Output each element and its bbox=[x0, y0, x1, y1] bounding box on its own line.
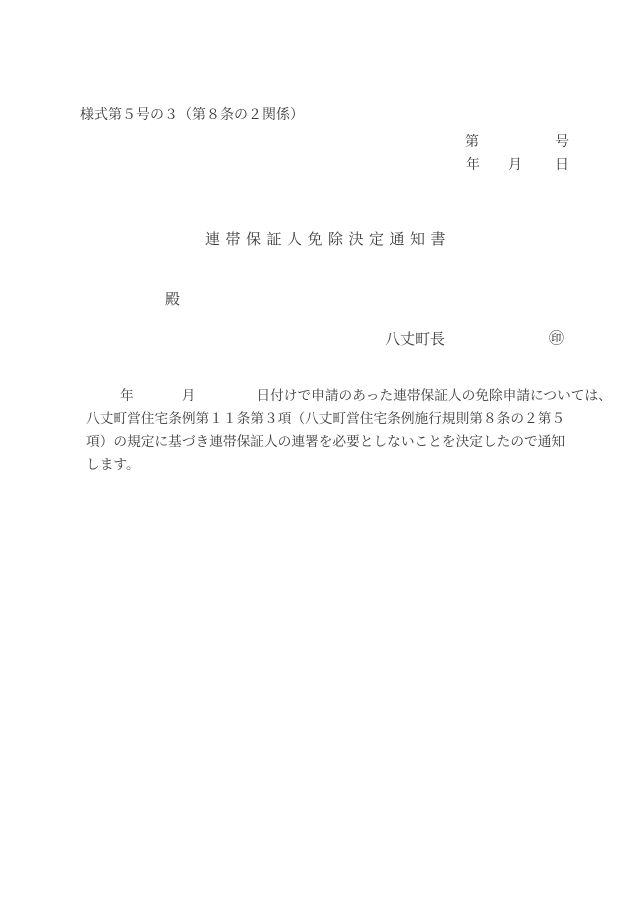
doc-number-prefix-label: 第 bbox=[465, 134, 479, 152]
header-date-day-label: 日 bbox=[555, 157, 569, 175]
body-line-2: 八丈町営住宅条例第１１条第３項（八丈町営住宅条例施行規則第８条の２第５ bbox=[86, 407, 586, 430]
body-line-4: します。 bbox=[86, 453, 586, 476]
body-month-label: 月 bbox=[182, 388, 196, 403]
header-date-year-label: 年 bbox=[466, 157, 480, 175]
header-date-month-label: 月 bbox=[508, 157, 522, 175]
body-paragraph: 年月日付けで申請のあった連帯保証人の免除申請については、 八丈町営住宅条例第１１… bbox=[86, 384, 586, 476]
sender-name: 八丈町長 bbox=[385, 331, 445, 350]
body-date-blank bbox=[134, 399, 182, 400]
body-date-blank bbox=[195, 399, 256, 400]
addressee-honorific: 殿 bbox=[165, 291, 180, 310]
document-title: 連帯保証人免除決定通知書 bbox=[205, 231, 451, 250]
doc-number-suffix-label: 号 bbox=[555, 134, 569, 152]
document-page: 様式第５号の３（第８条の２関係） 第 号 年 月 日 連帯保証人免除決定通知書 … bbox=[0, 0, 630, 903]
body-line-3: 項）の規定に基づき連帯保証人の連署を必要としないことを決定したので通知 bbox=[86, 430, 586, 453]
body-line-1: 年月日付けで申請のあった連帯保証人の免除申請については、 bbox=[86, 384, 586, 407]
body-date-blank bbox=[86, 399, 120, 400]
body-line1-text: 日付けで申請のあった連帯保証人の免除申請については、 bbox=[256, 388, 611, 403]
seal-mark-icon: ㊞ bbox=[549, 330, 564, 349]
form-number-label: 様式第５号の３（第８条の２関係） bbox=[80, 107, 304, 125]
body-year-label: 年 bbox=[120, 388, 134, 403]
